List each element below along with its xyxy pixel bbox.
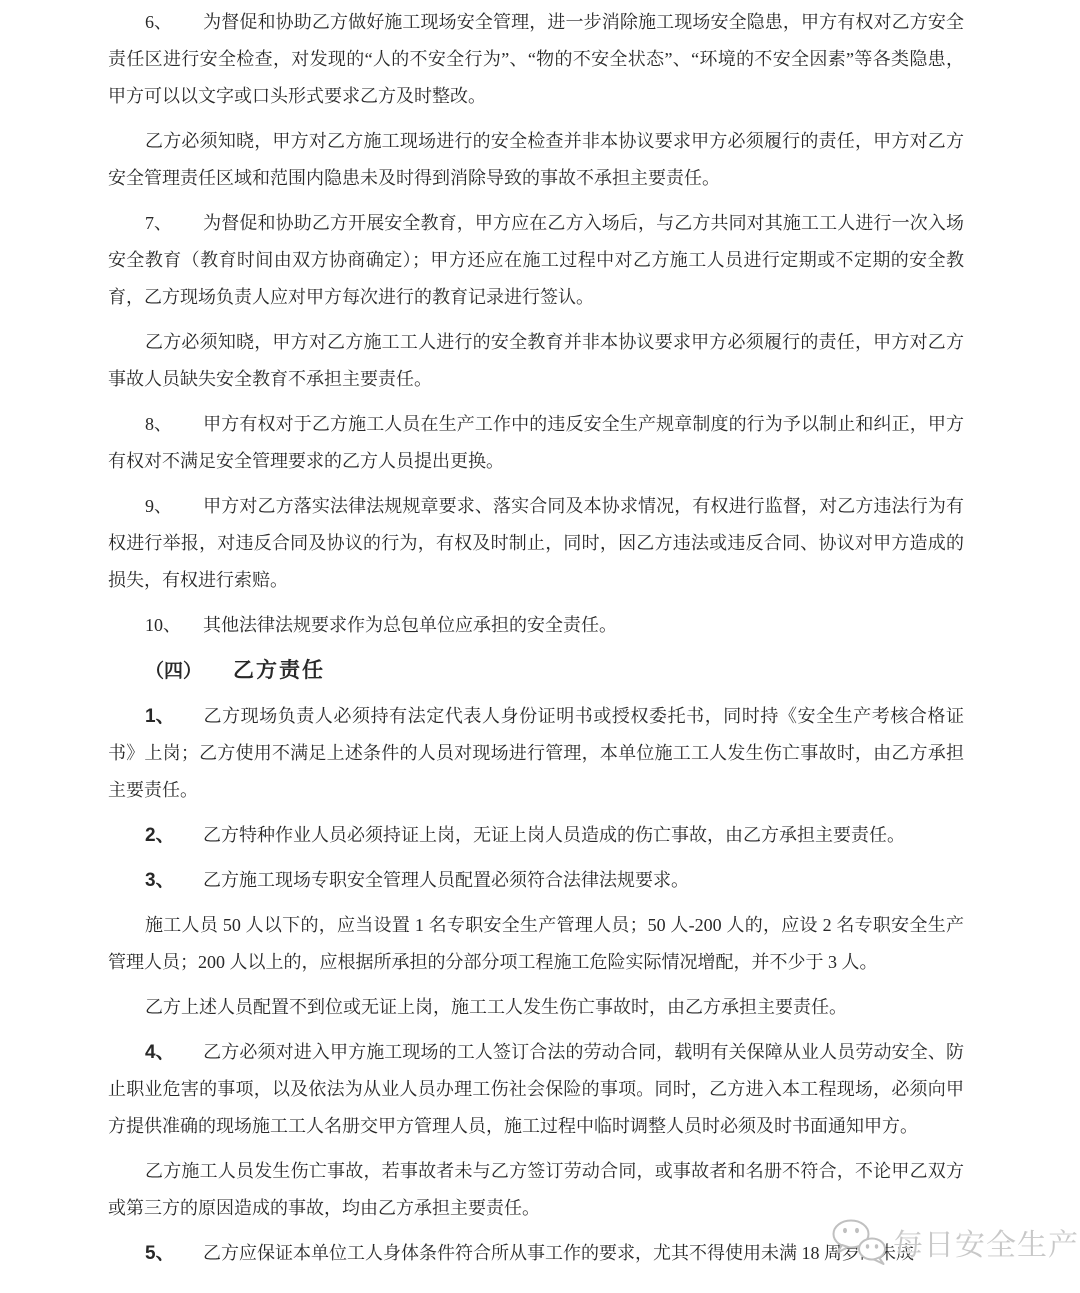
paragraph-text: 施工人员 50 人以下的，应当设置 1 名专职安全生产管理人员；50 人-200… <box>108 915 964 972</box>
item-number: 7、 <box>145 205 203 242</box>
numbered-item: 4、乙方必须对进入甲方施工现场的工人签订合法的劳动合同，载明有关保障从业人员劳动… <box>108 1034 964 1145</box>
numbered-item: 5、乙方应保证本单位工人身体条件符合所从事工作的要求，尤其不得使用未满 18 周… <box>108 1235 964 1272</box>
numbered-item: 7、为督促和协助乙方开展安全教育，甲方应在乙方入场后，与乙方共同对其施工工人进行… <box>108 205 964 316</box>
item-number: 8、 <box>145 406 203 443</box>
numbered-item: 2、乙方特种作业人员必须持证上岗，无证上岗人员造成的伤亡事故，由乙方承担主要责任… <box>108 817 964 854</box>
paragraph-text: 为督促和协助乙方开展安全教育，甲方应在乙方入场后，与乙方共同对其施工工人进行一次… <box>108 213 964 307</box>
paragraph-text: 甲方对乙方落实法律法规规章要求、落实合同及本协求情况，有权进行监督，对乙方违法行… <box>108 496 964 590</box>
paragraph-text: 乙方施工人员发生伤亡事故，若事故者未与乙方签订劳动合同，或事故者和名册不符合，不… <box>108 1161 964 1218</box>
item-number: 2、 <box>145 817 203 854</box>
heading-number: （四） <box>145 653 233 690</box>
item-number: 3、 <box>145 862 203 899</box>
paragraph-text: 乙方必须对进入甲方施工现场的工人签订合法的劳动合同，载明有关保障从业人员劳动安全… <box>108 1042 964 1136</box>
paragraph: 乙方必须知晓，甲方对乙方施工工人进行的安全教育并非本协议要求甲方必须履行的责任，… <box>108 324 964 398</box>
document-page: 6、为督促和协助乙方做好施工现场安全管理，进一步消除施工现场安全隐患，甲方有权对… <box>0 0 1080 1293</box>
item-number: 5、 <box>145 1235 203 1272</box>
numbered-item: 10、其他法律法规要求作为总包单位应承担的安全责任。 <box>108 607 964 644</box>
paragraph-text: 其他法律法规要求作为总包单位应承担的安全责任。 <box>203 615 617 635</box>
numbered-item: 9、甲方对乙方落实法律法规规章要求、落实合同及本协求情况，有权进行监督，对乙方违… <box>108 488 964 599</box>
paragraph-text: 甲方有权对于乙方施工人员在生产工作中的违反安全生产规章制度的行为予以制止和纠正，… <box>108 414 964 471</box>
paragraph: 乙方上述人员配置不到位或无证上岗，施工工人发生伤亡事故时，由乙方承担主要责任。 <box>108 989 964 1026</box>
section-heading: （四）乙方责任 <box>108 652 964 690</box>
numbered-item: 8、甲方有权对于乙方施工人员在生产工作中的违反安全生产规章制度的行为予以制止和纠… <box>108 406 964 480</box>
item-number: 1、 <box>145 698 203 735</box>
heading-title: 乙方责任 <box>233 658 325 682</box>
paragraph-text: 乙方应保证本单位工人身体条件符合所从事工作的要求，尤其不得使用未满 18 周岁的… <box>203 1243 914 1263</box>
paragraph-text: 乙方施工现场专职安全管理人员配置必须符合法律法规要求。 <box>203 870 689 890</box>
document-body: 6、为督促和协助乙方做好施工现场安全管理，进一步消除施工现场安全隐患，甲方有权对… <box>0 0 1080 1272</box>
paragraph: 乙方施工人员发生伤亡事故，若事故者未与乙方签订劳动合同，或事故者和名册不符合，不… <box>108 1153 964 1227</box>
item-number: 9、 <box>145 488 203 525</box>
paragraph-text: 乙方必须知晓，甲方对乙方施工工人进行的安全教育并非本协议要求甲方必须履行的责任，… <box>108 332 964 389</box>
paragraph-text: 乙方必须知晓，甲方对乙方施工现场进行的安全检查并非本协议要求甲方必须履行的责任，… <box>108 131 964 188</box>
paragraph: 施工人员 50 人以下的，应当设置 1 名专职安全生产管理人员；50 人-200… <box>108 907 964 981</box>
numbered-item: 6、为督促和协助乙方做好施工现场安全管理，进一步消除施工现场安全隐患，甲方有权对… <box>108 4 964 115</box>
numbered-item: 1、乙方现场负责人必须持有法定代表人身份证明书或授权委托书，同时持《安全生产考核… <box>108 698 964 809</box>
paragraph-text: 乙方上述人员配置不到位或无证上岗，施工工人发生伤亡事故时，由乙方承担主要责任。 <box>145 997 847 1017</box>
paragraph: 乙方必须知晓，甲方对乙方施工现场进行的安全检查并非本协议要求甲方必须履行的责任，… <box>108 123 964 197</box>
paragraph-text: 乙方现场负责人必须持有法定代表人身份证明书或授权委托书，同时持《安全生产考核合格… <box>108 706 964 800</box>
paragraph-text: 乙方特种作业人员必须持证上岗，无证上岗人员造成的伤亡事故，由乙方承担主要责任。 <box>203 825 905 845</box>
numbered-item: 3、乙方施工现场专职安全管理人员配置必须符合法律法规要求。 <box>108 862 964 899</box>
item-number: 4、 <box>145 1034 203 1071</box>
item-number: 10、 <box>145 607 203 644</box>
paragraph-text: 为督促和协助乙方做好施工现场安全管理，进一步消除施工现场安全隐患，甲方有权对乙方… <box>108 12 964 106</box>
item-number: 6、 <box>145 4 203 41</box>
